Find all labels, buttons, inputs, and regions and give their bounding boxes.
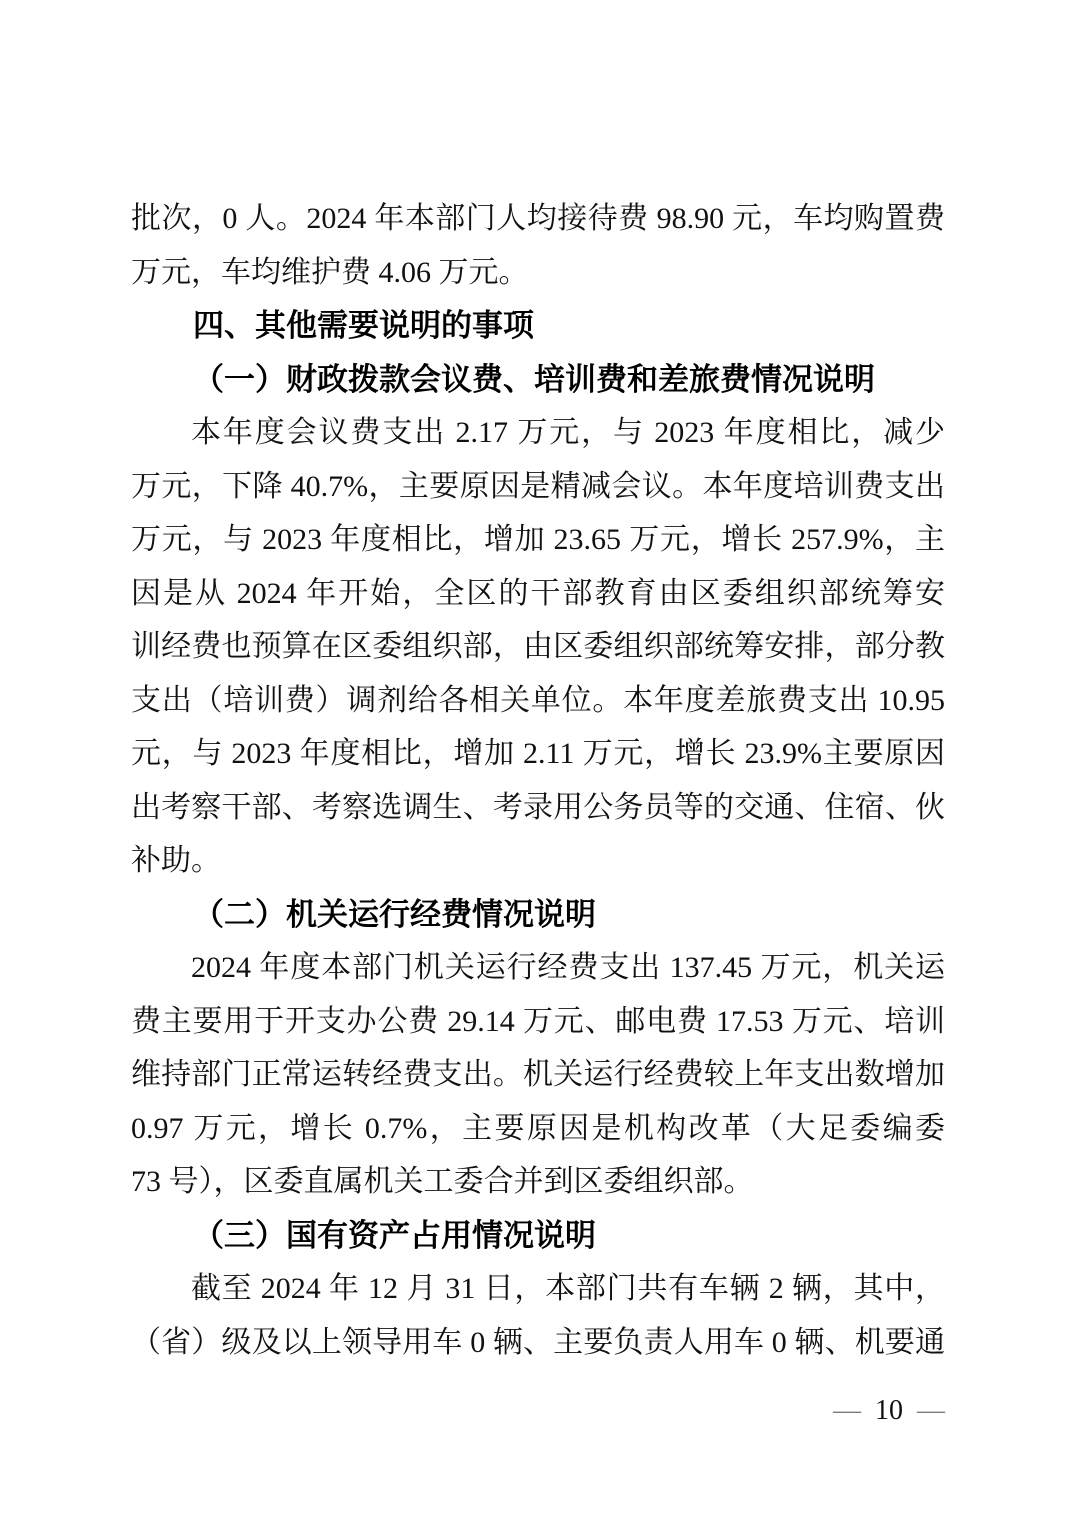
footer-dash-left: — [833, 1395, 861, 1426]
footer-dash-right: — [917, 1395, 945, 1426]
page-footer: —10— [833, 1394, 945, 1428]
body-line: 训经费也预算在区委组织部，由区委组织部统筹安排，部分教育 [131, 620, 945, 674]
body-line: 截至 2024 年 12 月 31 日，本部门共有车辆 2 辆，其中，副部 [131, 1262, 945, 1316]
page-number: 10 [875, 1395, 903, 1426]
body-line: 万元，下降 40.7%，主要原因是精减会议。本年度培训费支出 32.82 [131, 460, 945, 514]
body-line: 出考察干部、考察选调生、考录用公务员等的交通、住宿、伙食 [131, 781, 945, 835]
body-line: 2024 年度本部门机关运行经费支出 137.45 万元，机关运行经 [131, 941, 945, 995]
body-line: 本年度会议费支出 2.17 万元，与 2023 年度相比，减少 1.49 [131, 406, 945, 460]
body-line: 批次，0 人。2024 年本部门人均接待费 98.90 元，车均购置费 0 [131, 192, 945, 246]
body-line: 万元，与 2023 年度相比，增加 23.65 万元，增长 257.9%，主要原 [131, 513, 945, 567]
body-line: 0.97 万元，增长 0.7%，主要原因是机构改革（大足委编委〔2024〕 [131, 1102, 945, 1156]
body-line: 元，与 2023 年度相比，增加 2.11 万元，增长 23.9%主要原因是外 [131, 727, 945, 781]
document-body: 批次，0 人。2024 年本部门人均接待费 98.90 元，车均购置费 0 万元… [131, 192, 945, 1369]
body-line: （省）级及以上领导用车 0 辆、主要负责人用车 0 辆、机要通信 [131, 1316, 945, 1370]
body-line: 因是从 2024 年开始，全区的干部教育由区委组织部统筹安排，培 [131, 567, 945, 621]
body-line: 支出（培训费）调剂给各相关单位。本年度差旅费支出 10.95 万 [131, 674, 945, 728]
section-heading: 四、其他需要说明的事项 [131, 299, 945, 353]
subsection-heading: （三）国有资产占用情况说明 [131, 1209, 945, 1263]
body-line: 费主要用于开支办公费 29.14 万元、邮电费 17.53 万元、培训费等 [131, 995, 945, 1049]
body-line: 73 号），区委直属机关工委合并到区委组织部。 [131, 1155, 945, 1209]
body-line: 维持部门正常运转经费支出。机关运行经费较上年支出数增加 [131, 1048, 945, 1102]
document-page: 批次，0 人。2024 年本部门人均接待费 98.90 元，车均购置费 0 万元… [0, 0, 1074, 1520]
body-line: 万元，车均维护费 4.06 万元。 [131, 246, 945, 300]
subsection-heading: （二）机关运行经费情况说明 [131, 888, 945, 942]
subsection-heading: （一）财政拨款会议费、培训费和差旅费情况说明 [131, 353, 945, 407]
body-line: 补助。 [131, 834, 945, 888]
